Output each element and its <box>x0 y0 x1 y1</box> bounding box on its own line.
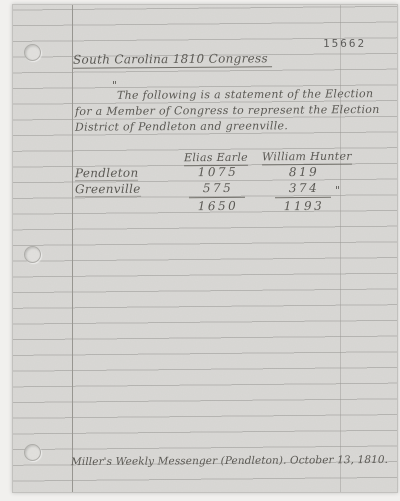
row-label-greenville: Greenville <box>75 182 141 197</box>
margin-rule-line <box>72 5 73 492</box>
right-crease-line <box>340 5 341 492</box>
document-title: South Carolina 1810 Congress <box>73 51 272 68</box>
votes-greenville-hunter: 374 <box>276 181 332 195</box>
hole-punch-bottom <box>24 444 41 461</box>
paragraph-line-2: for a Member of Congress to represent th… <box>75 103 380 118</box>
paper: 15662 South Carolina 1810 Congress " The… <box>12 4 398 493</box>
total-votes-earle: 1650 <box>190 199 246 213</box>
archive-number-stamp: 15662 <box>323 37 366 50</box>
total-votes-hunter: 1193 <box>276 199 332 213</box>
paragraph-line-3: District of Pendleton and greenville. <box>75 119 288 133</box>
paragraph-line-1: The following is a statement of the Elec… <box>117 87 373 102</box>
votes-pendleton-hunter: 819 <box>276 165 332 179</box>
row-label-pendleton: Pendleton <box>75 166 139 181</box>
hole-punch-top <box>24 44 41 61</box>
hole-punch-middle <box>24 246 41 263</box>
votes-greenville-earle: 575 <box>190 181 246 195</box>
column-header-william-hunter: William Hunter <box>262 150 352 166</box>
scanned-document: 15662 South Carolina 1810 Congress " The… <box>0 0 400 501</box>
ditto-mark: " <box>335 184 340 197</box>
votes-pendleton-earle: 1075 <box>190 165 246 179</box>
source-citation: Miller's Weekly Messenger (Pendleton). O… <box>71 454 388 468</box>
